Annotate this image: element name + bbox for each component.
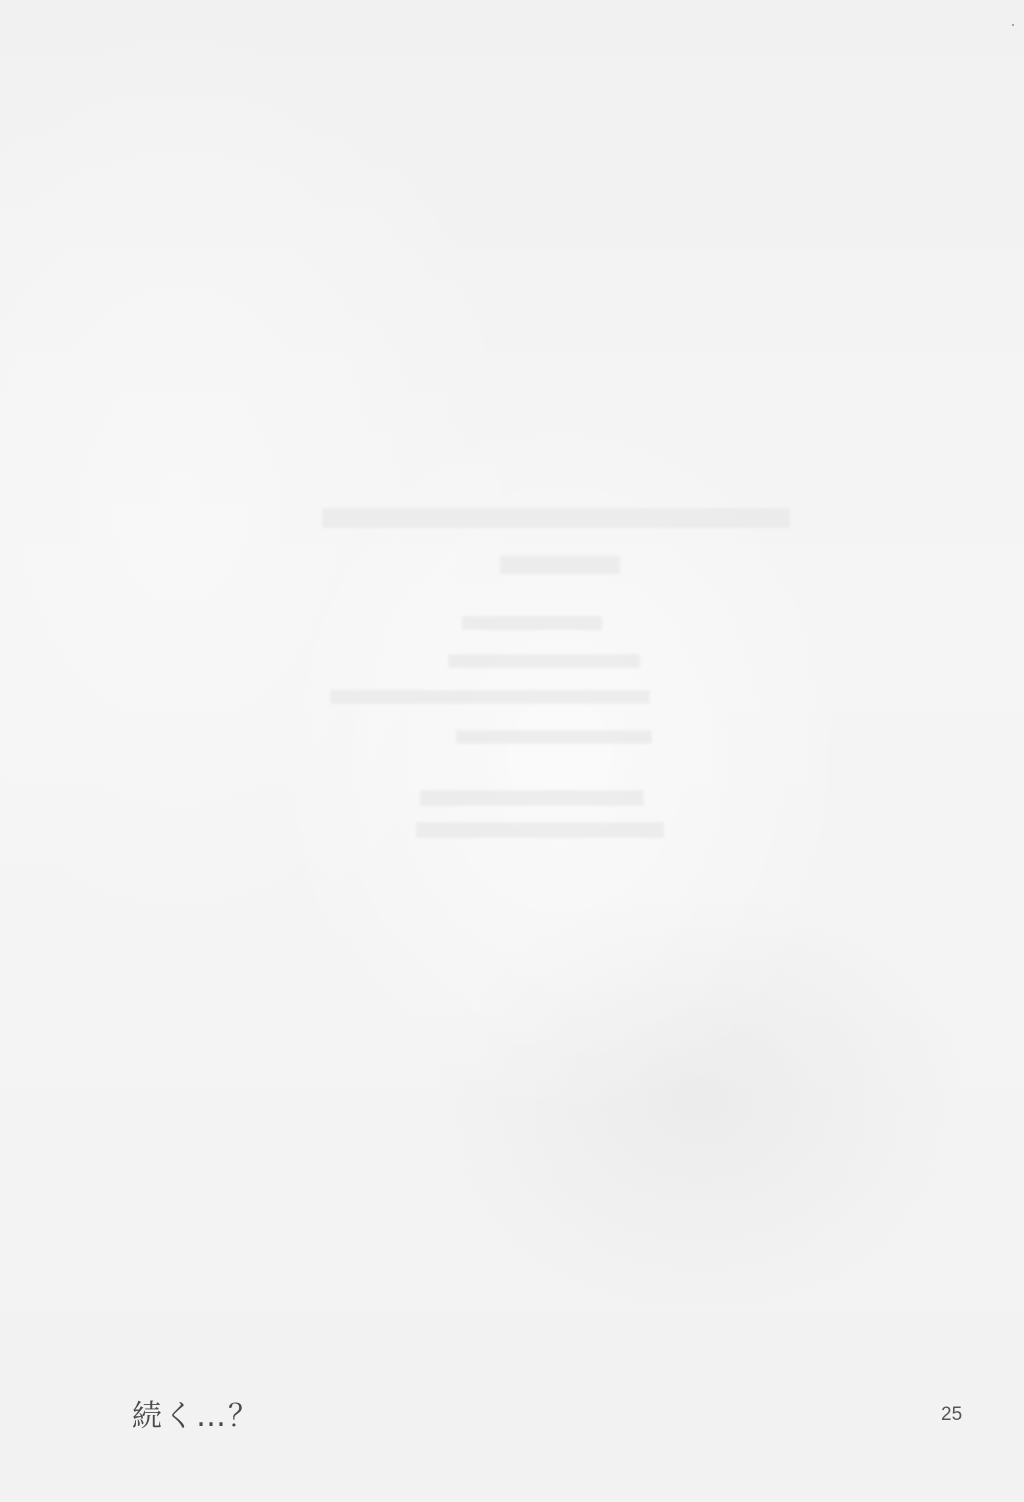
bleed-through-info-line-5 (420, 790, 644, 806)
bleed-through-info-line-2 (448, 654, 640, 668)
scanned-page: 続く…？ 25 (0, 0, 1024, 1502)
bleed-through-subtitle-line (500, 556, 620, 574)
bleed-through-title-line (322, 508, 790, 528)
page-number: 25 (941, 1405, 962, 1424)
bleed-through-info-line-4 (456, 730, 652, 744)
scan-speck (1012, 24, 1014, 26)
bleed-through-info-line-1 (462, 616, 602, 630)
bleed-through-info-line-6 (416, 822, 664, 838)
bleed-through-info-line-3 (330, 690, 650, 704)
to-be-continued-text: 続く…？ (132, 1402, 260, 1432)
